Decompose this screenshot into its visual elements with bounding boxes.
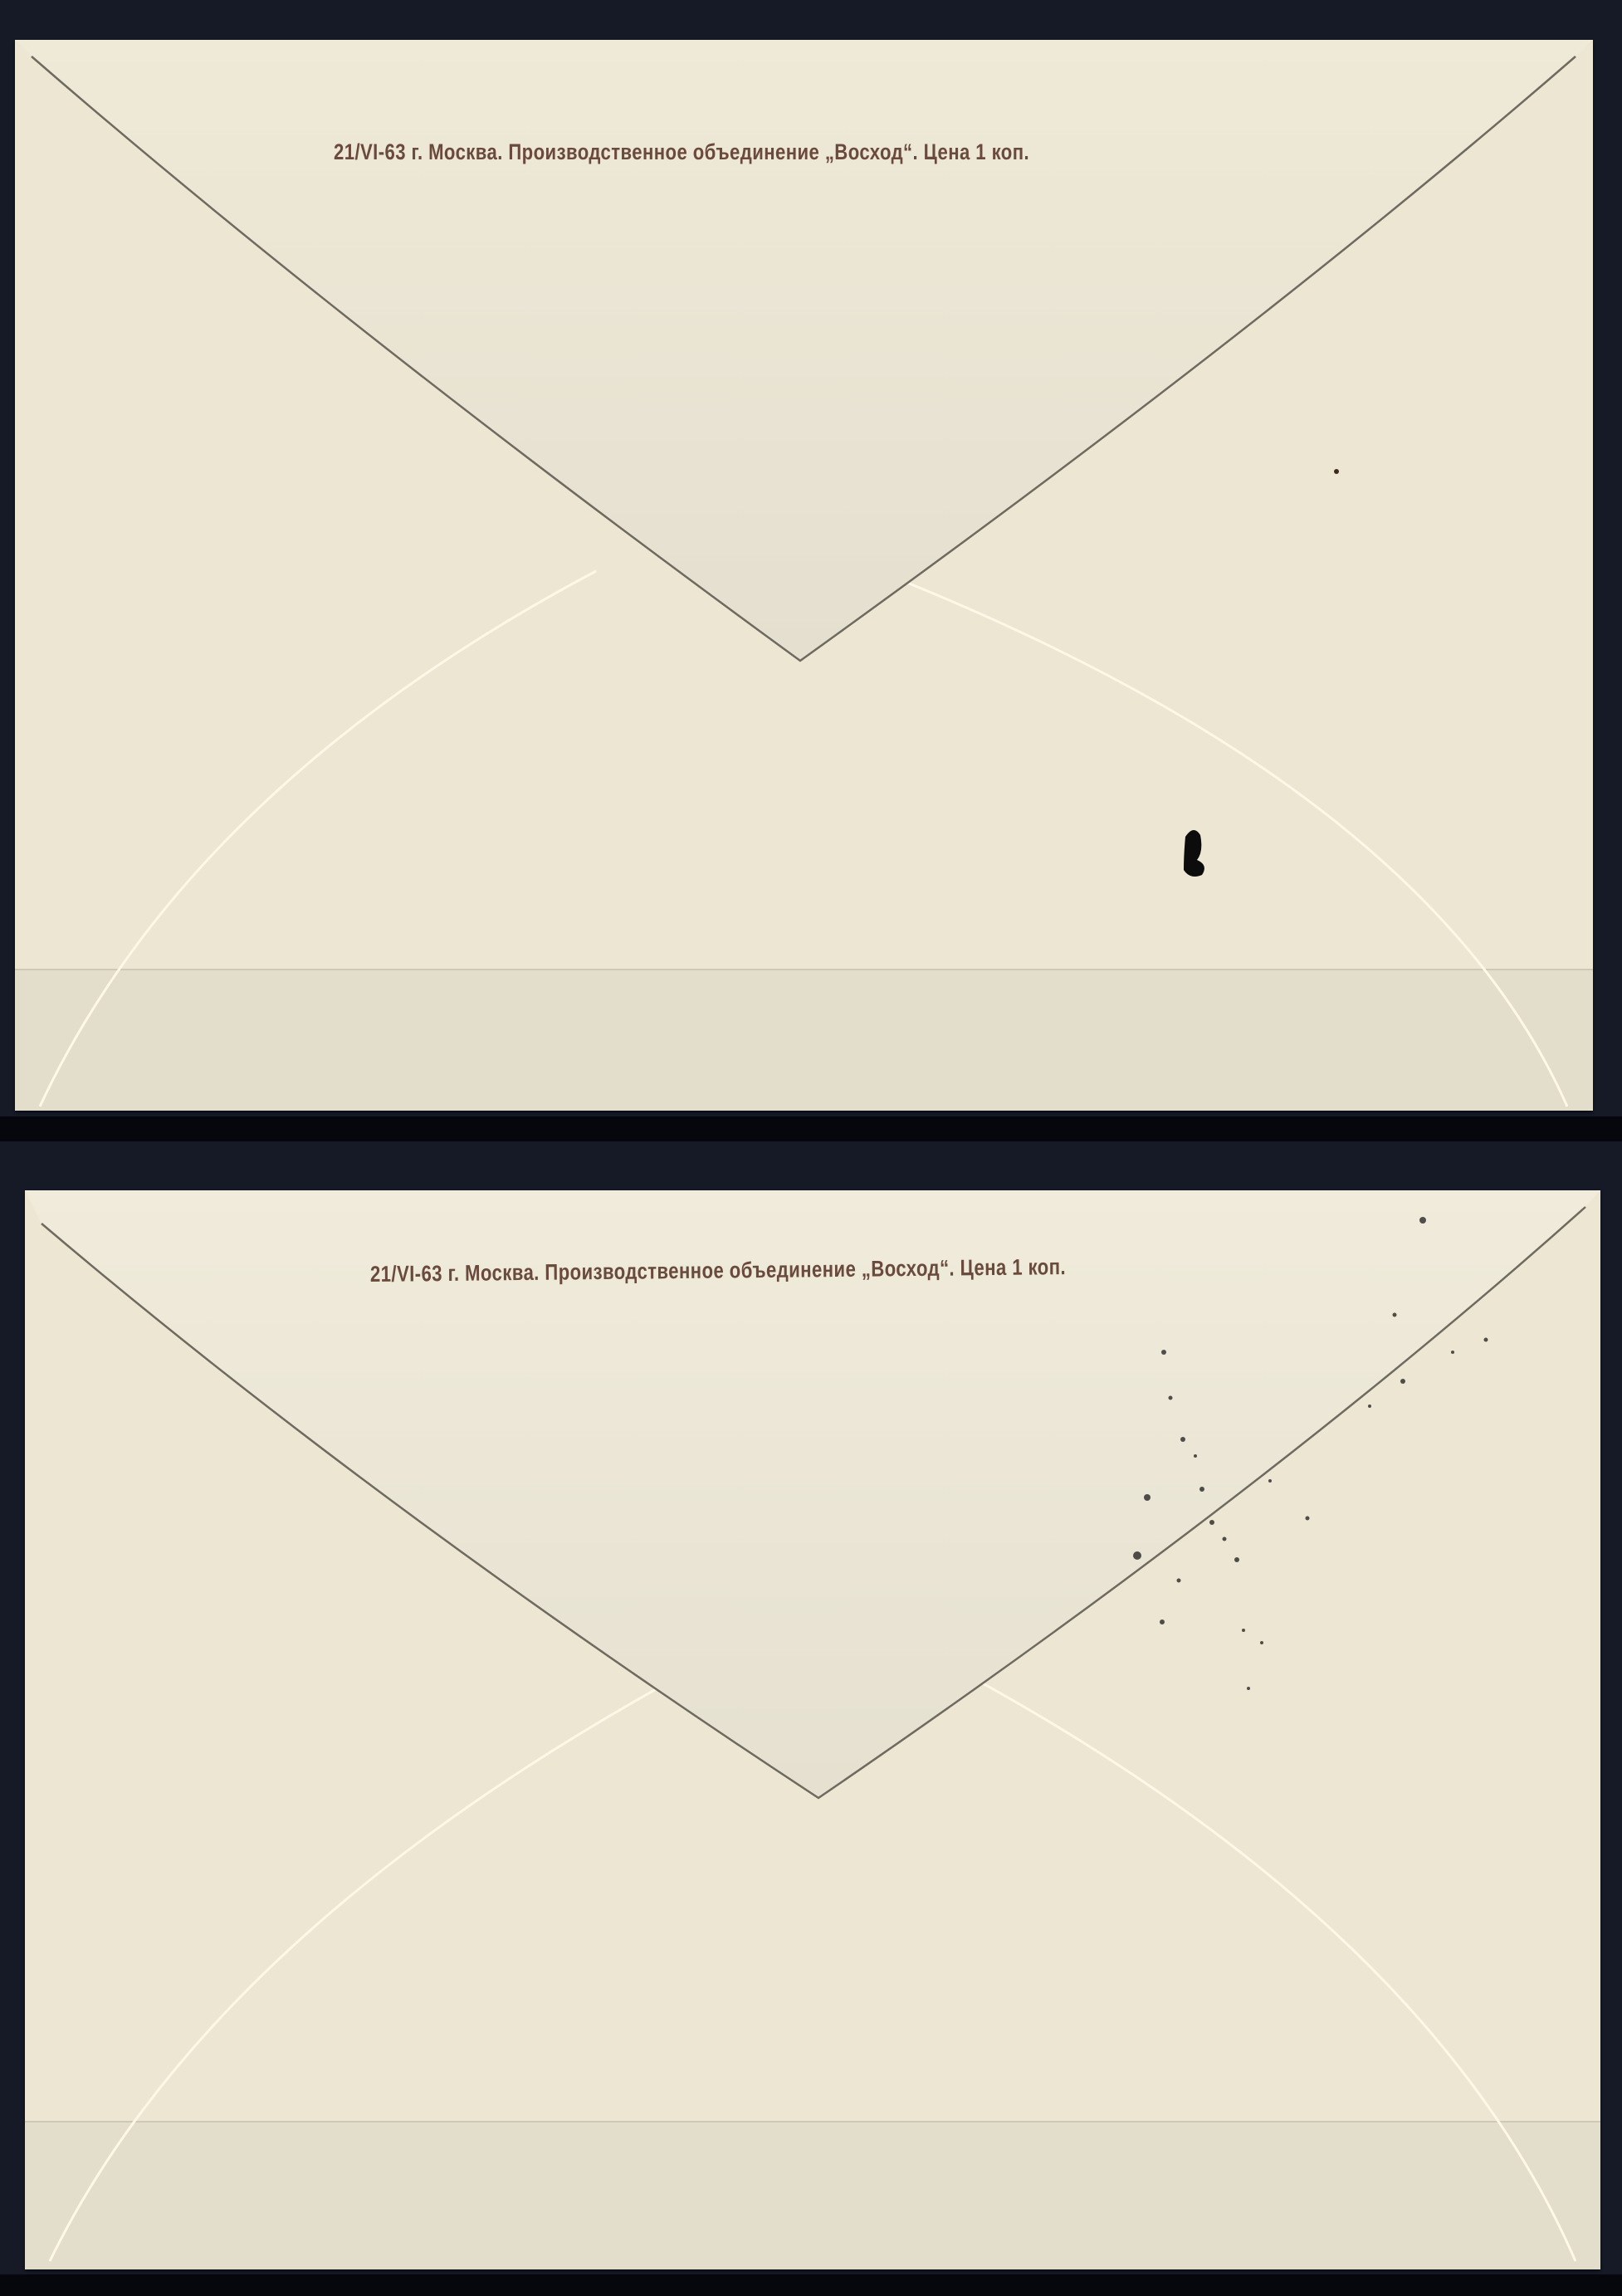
envelope-flaps xyxy=(15,40,1593,1111)
envelope-back-2: 21/VI-63 г. Москва. Производственное объ… xyxy=(25,1190,1600,2269)
dark-stripe xyxy=(0,2274,1622,2296)
dark-stripe xyxy=(0,1116,1622,1141)
publisher-imprint: 21/VI-63 г. Москва. Производственное объ… xyxy=(334,139,1029,165)
envelope-back-1: 21/VI-63 г. Москва. Производственное объ… xyxy=(15,40,1593,1111)
envelope-flaps xyxy=(25,1190,1600,2269)
